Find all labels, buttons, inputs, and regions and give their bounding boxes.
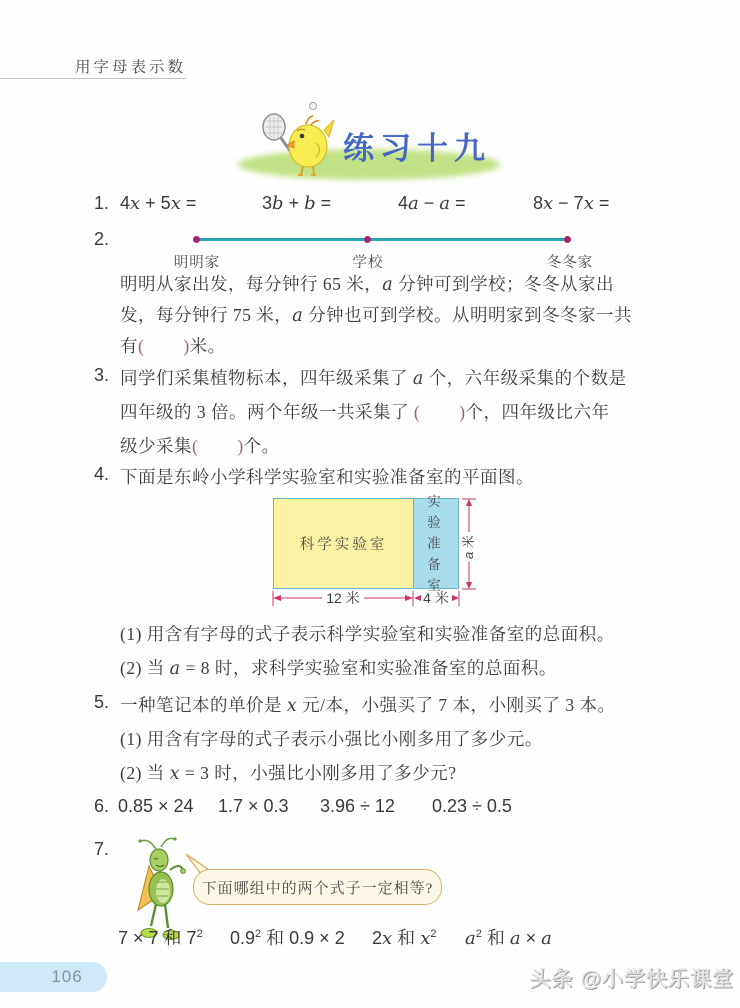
page-number-badge: 106: [0, 962, 107, 992]
p4-sub2: (2) 当 a = 8 时，求科学实验室和实验准备室的总面积。: [120, 655, 557, 680]
header-rule: [0, 78, 186, 79]
p1-item: 3b + b =: [262, 193, 331, 214]
p6-item: 1.7 × 0.3: [218, 796, 289, 817]
chick-badminton-icon: [256, 98, 346, 182]
point-label-dongdong-home: 冬冬家: [538, 251, 602, 272]
p2-line: 有( )米。: [120, 333, 226, 358]
point-label-school: 学校: [346, 251, 390, 272]
p5-line: (2) 当 x = 3 时，小强比小刚多用了多少元?: [120, 760, 457, 785]
p4-sub1: (1) 用含有字母的式子表示科学实验室和实验准备室的总面积。: [120, 621, 615, 646]
page-number: 106: [51, 967, 82, 987]
p7-item: 2x 和 x2: [372, 924, 436, 950]
dim-label-4m: 4 米: [423, 590, 449, 606]
point-dot-home1: [193, 236, 200, 243]
dim-label-12m: 12 米: [326, 590, 359, 606]
dim-label-a-m: a 米: [461, 535, 476, 559]
speech-bubble-text: 下面哪组中的两个式子一定相等?: [202, 877, 434, 898]
p4-number: 4.: [94, 464, 109, 485]
textbook-page: 用字母表示数 练习十九 1. 4x + 5x = 3b + b = 4a − a…: [0, 0, 740, 1008]
p6-number: 6.: [94, 796, 109, 817]
p5-line: (1) 用含有字母的式子表示小强比小刚多用了多少元。: [120, 726, 543, 751]
p2-number: 2.: [94, 229, 109, 250]
p5-line: 一种笔记本的单价是 x 元/本，小强买了 7 本，小刚买了 3 本。: [120, 692, 616, 717]
point-dot-school: [364, 236, 371, 243]
p3-line: 同学们采集植物标本，四年级采集了 a 个，六年级采集的个数是: [120, 365, 627, 390]
speech-bubble: 下面哪组中的两个式子一定相等?: [193, 869, 442, 905]
floorplan-dimension-arrows: 12 米 4 米 a 米: [260, 492, 490, 614]
p7-number: 7.: [94, 839, 109, 860]
page-title: 练习十九: [343, 123, 491, 168]
p7-item: 0.92 和 0.9 × 2: [230, 924, 345, 950]
p4-intro: 下面是东岭小学科学实验室和实验准备室的平面图。: [120, 464, 534, 489]
p1-item: 4x + 5x =: [120, 193, 196, 214]
p3-line: 级少采集( )个。: [120, 433, 280, 458]
point-label-mingming-home: 明明家: [167, 251, 227, 272]
distance-line: [197, 238, 568, 241]
p7-item: a2 和 a × a: [465, 924, 552, 950]
p6-item: 0.23 ÷ 0.5: [432, 796, 512, 817]
point-dot-home2: [564, 236, 571, 243]
p1-item: 4a − a =: [398, 193, 466, 214]
p7-item: 7 × 7 和 72: [118, 924, 203, 950]
p1-item: 8x − 7x =: [533, 193, 609, 214]
p2-line: 发，每分钟行 75 米，a 分钟也可到学校。从明明家到冬冬家一共: [120, 302, 632, 327]
p6-item: 0.85 × 24: [118, 796, 194, 817]
watermark: 头条 @小学快乐课堂: [530, 963, 734, 993]
p5-number: 5.: [94, 692, 109, 713]
p6-item: 3.96 ÷ 12: [320, 796, 395, 817]
p2-line: 明明从家出发，每分钟行 65 米，a 分钟可到学校；冬冬从家出: [120, 271, 614, 296]
p3-line: 四年级的 3 倍。两个年级一共采集了 ( )个，四年级比六年: [120, 399, 610, 424]
p3-number: 3.: [94, 365, 109, 386]
section-header: 用字母表示数: [75, 55, 186, 77]
p1-number: 1.: [94, 193, 109, 214]
